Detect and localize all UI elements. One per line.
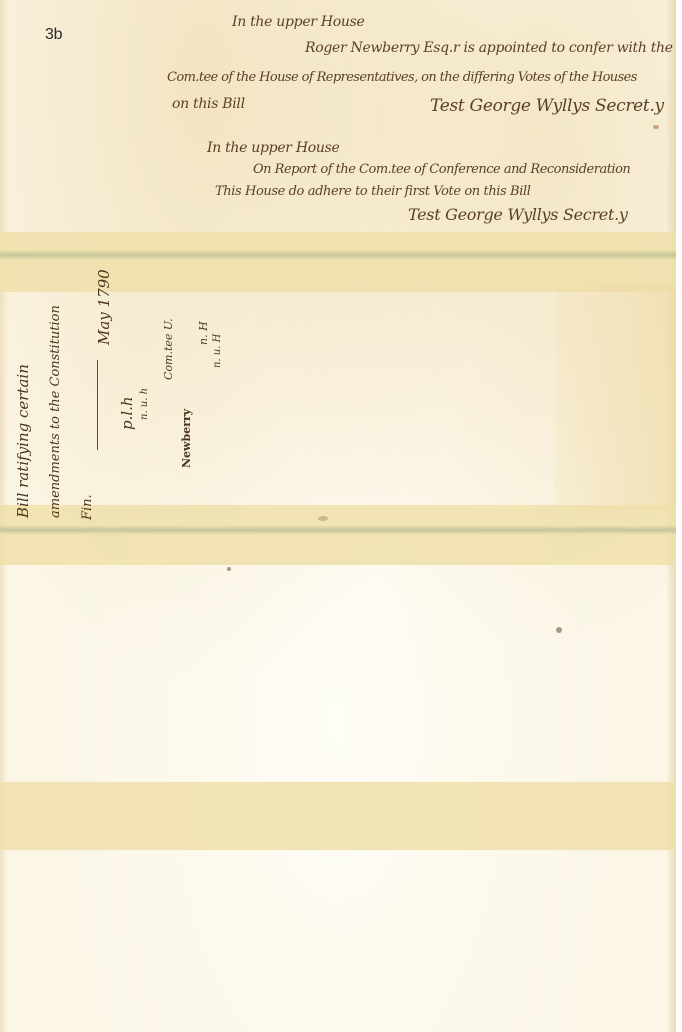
ink-stain	[318, 516, 328, 521]
entry-1-line-1: Roger Newberry Esq.r is appointed to con…	[305, 40, 673, 56]
ink-stain	[653, 125, 659, 129]
entry-1-heading: In the upper House	[232, 14, 364, 30]
docket-date: May 1790	[95, 269, 113, 345]
entry-2-line-1: On Report of the Com.tee of Conference a…	[253, 162, 630, 177]
docket-note-1: p.l.h	[118, 396, 136, 430]
entry-2-heading: In the upper House	[207, 140, 339, 156]
entry-1-signature: Test George Wyllys Secret.y	[430, 96, 664, 116]
docket-title-line-1: Bill ratifying certain	[14, 364, 32, 518]
entry-2-signature: Test George Wyllys Secret.y	[408, 205, 628, 224]
aged-panel-right	[555, 285, 675, 510]
docket-prefix: Fin.	[80, 494, 95, 520]
docket-note-2: n. u. h	[139, 388, 150, 420]
docket-note-5: n. u. H	[212, 334, 223, 368]
docket-note-4: n. H	[197, 321, 210, 345]
docket-rule	[97, 360, 98, 450]
entry-1-line-3: on this Bill	[172, 96, 245, 112]
docket-note-6: Newberry	[180, 409, 193, 468]
manuscript-page: 3b In the upper House Roger Newberry Esq…	[0, 0, 676, 1032]
fold-line-2	[0, 525, 676, 535]
page-number: 3b	[45, 26, 62, 44]
docket-title-line-2: amendments to the Constitution	[48, 305, 63, 518]
entry-1-line-2: Com.tee of the House of Representatives,…	[167, 70, 637, 85]
fold-line-1	[0, 250, 676, 260]
entry-2-line-2: This House do adhere to their first Vote…	[215, 184, 530, 199]
tape-band-lower	[0, 782, 676, 850]
docket-note-3: Com.tee U.	[162, 318, 175, 380]
tape-band-middle	[0, 505, 676, 565]
ink-stain	[227, 567, 231, 571]
ink-stain	[556, 627, 562, 633]
